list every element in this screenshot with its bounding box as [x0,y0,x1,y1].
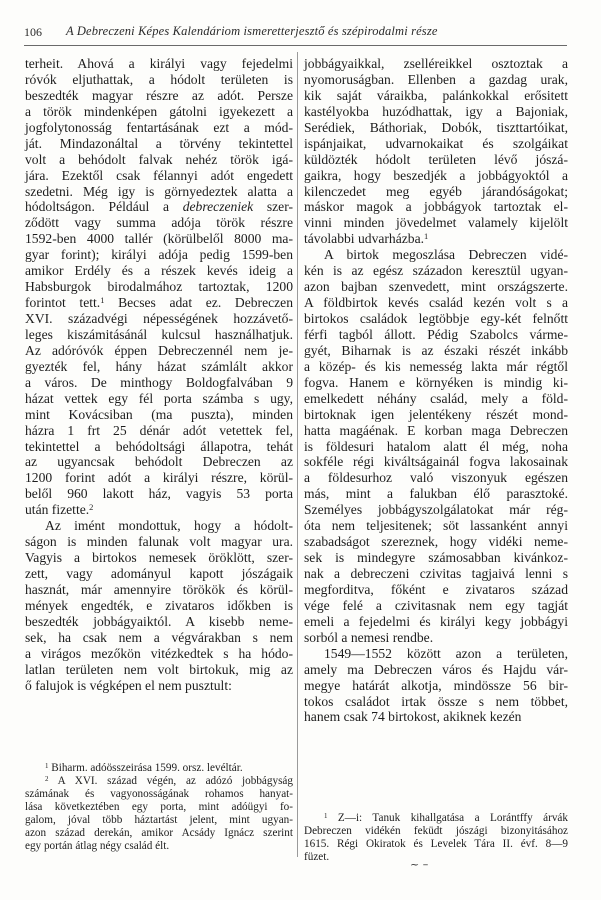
text-line: más, mint a falukban élő parasztoké. [304,486,568,502]
text-line: A földbirtok kevés család kezén volt s a [304,295,568,311]
text-line: szedetni. Még igy is görnyedeztek alatta… [25,184,293,200]
text-line: A birtok megoszlása Debreczen vidé- [304,247,568,263]
footnote-line: lása következtében egy porta, mint adóüg… [25,801,293,814]
text-line: jogfolytonosság fentartásának ezt a mód- [25,120,293,136]
text-line: kén is az egész századon keresztül ugyan… [304,263,568,279]
text-line: belől 960 lakott ház, vagyis 53 porta [25,486,293,502]
text-line: a virágos mezőkön vitézkedtek s ha hódo- [25,646,293,662]
column-divider [297,52,298,857]
running-title: A Debreczeni Képes Kalendáriom ismerette… [66,24,438,39]
text-line: azon bajban szenvedett, mint országszert… [304,279,568,295]
left-body-text: terheit. Ahová a királyi vagy fejedelmir… [25,56,293,694]
text-line: terheit. Ahová a királyi vagy fejedelmi [25,56,293,72]
header-rule [24,45,567,46]
text-line: volt a behódolt falvak nehéz török igá- [25,152,293,168]
text-line: férfi tagból állott. Pédig Szabolcs várm… [304,327,568,343]
text-line: a város. De minthogy Boldogfalvában 9 [25,375,293,391]
text-line: gyét, Biharnak is az északi részét inkáb… [304,343,568,359]
text-line: jára. Ezektől csak félannyi adót engedet… [25,168,293,184]
text-line: forintot tett.1 Becses adat ez. Debrecze… [25,295,293,311]
text-line: a földesurhoz való viszonyuk egészen [304,470,568,486]
text-line: vége felé a czivitasnak nem egy tagját [304,598,568,614]
text-line: hatta magáénak. E korban maga Debreczen [304,423,568,439]
footnote-line: Debreczen vidékén feküdt jószági bizonyi… [304,825,568,838]
text-line: nak a debreczeni czivitas tagjaivá lenni… [304,566,568,582]
left-column: terheit. Ahová a királyi vagy fejedelmir… [25,56,293,694]
right-footnote-text: 1 Z—i: Tanuk kihallgatása a Lorántffy ár… [304,812,568,864]
text-line: fogva. Hanem e környéken is mindig ki- [304,375,568,391]
text-line: máskor magok a jobbágyok tartoztak el- [304,199,568,215]
text-line: jobbágyaikkal, zselléreikkel osztoztak a [304,56,568,72]
text-line: szabadságot szereznek, hogy vidéki neme- [304,534,568,550]
footnote-line: egy portán átlag négy család élt. [25,840,293,853]
text-line: sek, ha csak nem a végvárakban s nem [25,630,293,646]
text-line: Az imént mondottuk, hogy a hódolt- [25,518,293,534]
page-number: 106 [24,25,42,40]
text-line: beszedték magyar részre az adót. Persze [25,88,293,104]
text-line: XVI. századvégi népességének hozzávető- [25,311,293,327]
text-line: róvók eljuthattak, a hódolt területen is [25,72,293,88]
text-line: Vagyis a birtokos nemesek öröklött, szer… [25,550,293,566]
text-line: vinni minden jövedelmet valamely kijelöl… [304,215,568,231]
text-line: sokféle régi kiváltságainál fogva lakosa… [304,454,568,470]
text-line: beszedték jobbágyaiktól. A kisebb neme- [25,614,293,630]
text-line: a közép- és kis nemesség lakta már régtő… [304,359,568,375]
text-line: után fizette.2 [25,502,293,518]
text-line: küldözték hódolt területen lévő jószá- [304,152,568,168]
text-line: megforditva, főként e zivataros század [304,582,568,598]
footnote-line: 2 A XVI. század végén, az adózó jobbágys… [25,775,293,788]
text-line: sorból a nemesi rendbe. [304,630,568,646]
text-line: 1549—1552 között azon a területen, [304,646,568,662]
text-line: ő falujok is végképen el nem pusztult: [25,678,293,694]
text-line: tokos családot irtak össze s nem többet, [304,694,568,710]
text-line: tekintettel a behódoltsági állapotra, te… [25,439,293,455]
text-line: az ugyancsak behódolt Debreczen az [25,454,293,470]
text-line: Személyes jobbágyszolgálatokat már rég- [304,502,568,518]
footnote-line: füzet. [304,851,568,864]
right-body-text: jobbágyaikkal, zselléreikkel osztoztak a… [304,56,568,725]
text-line: amikor Erdély és a részek kevés ideig a [25,263,293,279]
text-line: házat vettek egy fél porta számba s ugy, [25,391,293,407]
text-line: kilenczedet meg egyéb járandóságokat; [304,184,568,200]
text-line: is földesuri hatalom alatt él még, noha [304,439,568,455]
text-line: gyezték fel, hány házat számlált akkor [25,359,293,375]
text-line: nyomoruságban. Ellenben a gazdag urak, [304,72,568,88]
text-line: ződött vagy summa adója török részre [25,215,293,231]
right-column: jobbágyaikkal, zselléreikkel osztoztak a… [304,56,568,725]
text-line: Serédiek, Báthoriak, Dobók, tiszttartóik… [304,120,568,136]
text-line: Az adóróvók éppen Debreczennél nem je- [25,343,293,359]
left-footnotes: 1 Biharm. adóösszeirása 1599. orsz. levé… [25,762,293,853]
text-line: gaikra, hogy beszedjék a jobbágyoktól a [304,168,568,184]
text-line: sek is mindegyre számosabban kivánkoz- [304,550,568,566]
footnote-line: galom, jóval több háztartást jelent, min… [25,814,293,827]
text-line: mint Kovácsiban (ma puszta), minden [25,407,293,423]
text-line: hanem csak 74 birtokost, akiknek kezén [304,709,568,725]
text-line: 1200 forint adót a királyi részre, körül… [25,470,293,486]
text-line: birtokos családok legtöbbje egy-két feln… [304,311,568,327]
right-footnotes: 1 Z—i: Tanuk kihallgatása a Lorántffy ár… [304,812,568,864]
text-line: hódoltságon. Például a debreczeniek szer… [25,199,293,215]
text-line: hasznát, már amennyire törökök és körül- [25,582,293,598]
text-line: házra 1 frt 25 dénár adót vetettek fel, [25,423,293,439]
text-line: zett, vagy adományul kapott jószágaik [25,566,293,582]
text-line: ságon is minden falunak volt magyar ura. [25,534,293,550]
running-header: 106 A Debreczeni Képes Kalendáriom ismer… [24,22,568,42]
stray-print-marks: ~ – [410,858,428,871]
text-line: ját. Mindazonáltal a törvény tekintettel [25,136,293,152]
text-line: óta nem teljesitenek; söt lassanként ann… [304,518,568,534]
footnote-line: 1 Z—i: Tanuk kihallgatása a Lorántffy ár… [304,812,568,825]
footnote-line: azon század derekán, amikor Acsády Ignác… [25,827,293,840]
text-line: leges kiszámitásánál kulcsul használhatj… [25,327,293,343]
text-line: birtoknak igen jelentékeny részét mond- [304,407,568,423]
text-line: gyar forint); királyi adója pedig 1599-b… [25,247,293,263]
footnote-line: 1615. Régi Okiratok és Levelek Tára II. … [304,838,568,851]
text-line: kik saját váraikba, palánkokkal erősitet… [304,88,568,104]
text-line: emelkedett néhány család, mely a föld- [304,391,568,407]
text-line: a török mindenképen gátolni igyekezett a [25,104,293,120]
text-line: ispánjaikat, udvarnokaikat és szolgáikat [304,136,568,152]
left-footnote-text: 1 Biharm. adóösszeirása 1599. orsz. levé… [25,762,293,853]
text-line: latlan területen nem volt birtokuk, mig … [25,662,293,678]
text-line: emeli a fejedelmi és királyi kegy jobbág… [304,614,568,630]
text-line: Habsburgok birodalmához tartoztak, 1200 [25,279,293,295]
text-line: amely ma Debreczen város és Hajdu vár- [304,662,568,678]
footnote-line: 1 Biharm. adóösszeirása 1599. orsz. levé… [25,762,293,775]
text-line: mények engedték, e zivataros időkben is [25,598,293,614]
text-line: távolabbi udvarházba.1 [304,231,568,247]
text-line: 1592-ben 4000 tallér (körülbelől 8000 ma… [25,231,293,247]
text-line: megye határát alkotja, mindössze 56 bir- [304,678,568,694]
text-line: kastélyokba huzódhattak, igy a Bajoniak, [304,104,568,120]
footnote-line: számának és vagyonosságának rohamos hany… [25,788,293,801]
